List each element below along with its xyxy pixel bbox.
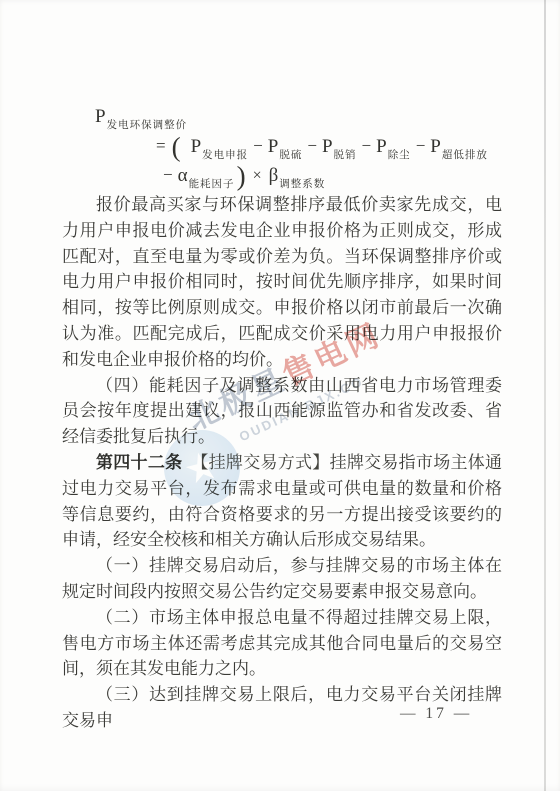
multiply-sign: × [253, 167, 262, 184]
paragraph-item-1: （一）挂牌交易启动后，参与挂牌交易的市场主体在规定时间段内按照交易公告约定交易要… [62, 553, 502, 605]
article-number: 第四十二条 [96, 453, 182, 472]
formula-rhs-line1: =(P发电申报−P脱硫−P脱销−P除尘−P超低排放 [156, 132, 488, 163]
paragraph-item-4: （四）能耗因子及调整系数由山西省电力市场管理委员会按年度提出建议，报山西能源监管… [62, 373, 502, 450]
body-text: 报价最高买家与环保调整排序最低价卖家先成交，电力用户申报电价减去发电企业申报价格… [62, 192, 502, 734]
formula-rhs-line2: −α能耗因子)×β调整系数 [158, 161, 325, 192]
paragraph-article-42: 第四十二条【挂牌交易方式】挂牌交易指市场主体通过电力交易平台，发布需求电量或可供… [62, 450, 502, 553]
formula-term: −P除尘 [357, 136, 411, 157]
formula-factor: β调整系数 [269, 165, 326, 186]
formula-result-sub: 发电环保调整价 [106, 120, 188, 131]
open-paren: ( [172, 132, 181, 162]
formula-term: −P脱硫 [248, 136, 302, 157]
formula-term: P发电申报 [181, 136, 249, 157]
formula-result: P发电环保调整价 [95, 106, 187, 132]
paragraph-item-2: （二）市场主体申报总电量不得超过挂牌交易上限，售电方市场主体还需考虑其完成其他合… [62, 605, 502, 682]
document-page: ★ 北极星售电网 OUDIAN.BJX.CO P发电环保调整价 =(P发电申报−… [0, 0, 560, 791]
equals-sign: = [156, 136, 166, 155]
page-number: — 17 — [400, 705, 472, 723]
formula-term: −α能耗因子 [158, 165, 235, 186]
formula-term: −P脱销 [302, 136, 356, 157]
close-paren: ) [237, 161, 246, 191]
scan-edge-line [544, 0, 546, 791]
article-title-bracket: 【挂牌交易方式】 [191, 453, 329, 472]
formula-term: −P超低排放 [411, 136, 488, 157]
paragraph-trade-matching: 报价最高买家与环保调整排序最低价卖家先成交，电力用户申报电价减去发电企业申报价格… [62, 192, 502, 373]
formula-result-base: P [95, 106, 106, 127]
